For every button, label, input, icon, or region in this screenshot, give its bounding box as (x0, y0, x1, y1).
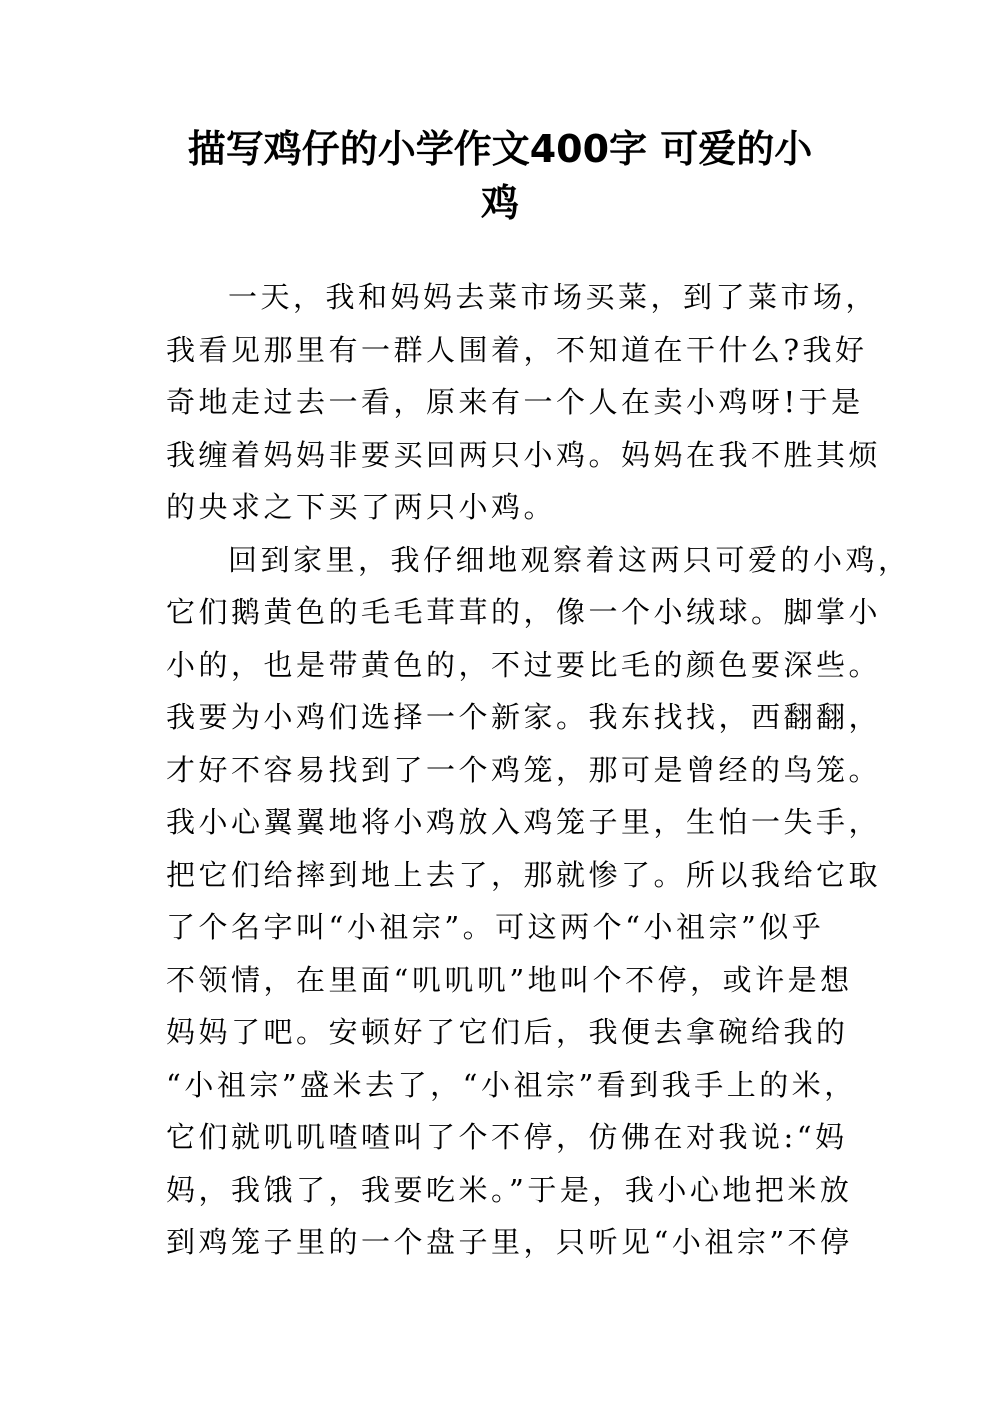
title-line-1: 描写鸡仔的小学作文400字 可爱的小 (150, 122, 850, 176)
text-line: 的央求之下买了两只小鸡。 (166, 481, 856, 534)
document-page: 描写鸡仔的小学作文400字 可爱的小 鸡 一天，我和妈妈去菜市场买菜，到了菜市场… (0, 0, 993, 1404)
text-line: 我要为小鸡们选择一个新家。我东找找，西翻翻， (166, 691, 856, 744)
text-line: 小的，也是带黄色的，不过要比毛的颜色要深些。 (166, 639, 856, 692)
text-line: 我小心翼翼地将小鸡放入鸡笼子里，生怕一失手， (166, 796, 856, 849)
paragraph-2: 回到家里，我仔细地观察着这两只可爱的小鸡， 它们鹅黄色的毛毛茸茸的，像一个小绒球… (166, 534, 856, 1269)
text-line: 妈，我饿了，我要吃米。”于是，我小心地把米放 (166, 1164, 856, 1217)
text-line: 一天，我和妈妈去菜市场买菜，到了菜市场， (166, 271, 856, 324)
text-line: 奇地走过去一看，原来有一个人在卖小鸡呀!于是 (166, 376, 856, 429)
text-line: 它们鹅黄色的毛毛茸茸的，像一个小绒球。脚掌小 (166, 586, 856, 639)
text-line: 我看见那里有一群人围着，不知道在干什么?我好 (166, 324, 856, 377)
text-line: 把它们给摔到地上去了，那就惨了。所以我给它取 (166, 849, 856, 902)
text-line: 到鸡笼子里的一个盘子里，只听见“小祖宗”不停 (166, 1216, 856, 1269)
text-line: 回到家里，我仔细地观察着这两只可爱的小鸡， (166, 534, 856, 587)
document-title: 描写鸡仔的小学作文400字 可爱的小 鸡 (150, 122, 850, 230)
text-line: 才好不容易找到了一个鸡笼，那可是曾经的鸟笼。 (166, 744, 856, 797)
essay-body: 一天，我和妈妈去菜市场买菜，到了菜市场， 我看见那里有一群人围着，不知道在干什么… (166, 271, 856, 1269)
text-line: 它们就叽叽喳喳叫了个不停，仿佛在对我说:“妈 (166, 1111, 856, 1164)
text-line: “小祖宗”盛米去了，“小祖宗”看到我手上的米， (166, 1059, 856, 1112)
text-line: 妈妈了吧。安顿好了它们后，我便去拿碗给我的 (166, 1006, 856, 1059)
text-line: 我缠着妈妈非要买回两只小鸡。妈妈在我不胜其烦 (166, 429, 856, 482)
text-line: 了个名字叫“小祖宗”。可这两个“小祖宗”似乎 (166, 901, 856, 954)
text-line: 不领情，在里面“叽叽叽”地叫个不停，或许是想 (166, 954, 856, 1007)
title-line-2: 鸡 (150, 176, 850, 230)
paragraph-1: 一天，我和妈妈去菜市场买菜，到了菜市场， 我看见那里有一群人围着，不知道在干什么… (166, 271, 856, 534)
